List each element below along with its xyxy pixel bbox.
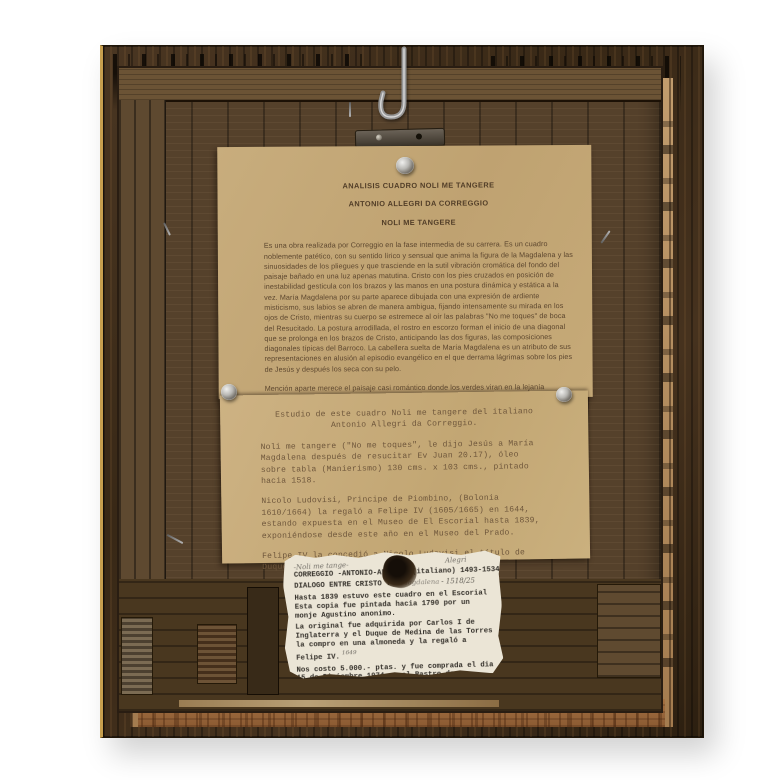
study-paragraph-2: Noli me tangere ("No me toques", le dijo… — [260, 438, 549, 488]
label-inventory-tag: -Noli me tange- Alegri CORREGGIO -ANTONI… — [282, 549, 503, 679]
tag-paragraph-2-handwriting: 1649 — [342, 650, 357, 656]
analysis-paragraph-1: Es una obra realizada por Correggio en l… — [264, 239, 575, 375]
study-paragraph-3: Nicolo Ludovisi, Principe de Piombino, (… — [261, 492, 550, 542]
wood-block-corrugated-brown — [197, 624, 237, 684]
tag-paragraph-1: Hasta 1839 estuvo este cuadro en el Esco… — [294, 589, 494, 621]
nail — [349, 102, 351, 117]
thumbtack-top — [396, 157, 414, 174]
label-study: Estudio de este cuadro Noli me tangere d… — [220, 390, 590, 563]
bottom-trim-strip — [179, 700, 499, 707]
tag-title-typed: DIALOGO ENTRE CRISTO Y — [294, 580, 391, 591]
analysis-title-line3: NOLI ME TANGERE — [264, 218, 574, 227]
analysis-title-line1: ANALISIS CUADRO NOLI ME TANGERE — [263, 181, 573, 190]
bracket-screw — [376, 134, 382, 140]
tag-handwriting-top-right: Alegri — [445, 556, 467, 566]
thumbtack-right — [556, 387, 572, 402]
thumbtack-left — [221, 384, 237, 400]
hanging-hook — [366, 46, 422, 128]
study-paragraph-1: Estudio de este cuadro Noli me tangere d… — [260, 406, 548, 433]
stretcher-bar — [247, 587, 279, 695]
analysis-title-line2: ANTONIO ALLEGRI DA CORREGGIO — [264, 199, 574, 208]
label-analysis: ANALISIS CUADRO NOLI ME TANGERE ANTONIO … — [217, 145, 593, 399]
photo-frame-back: ANALISIS CUADRO NOLI ME TANGERE ANTONIO … — [0, 0, 780, 780]
wood-block-planks-right — [597, 584, 661, 678]
bracket-hole — [416, 133, 422, 139]
tag-title-date-handwriting: - 1518/25 — [441, 577, 475, 586]
tag-paragraph-2-typed: La original fue adquirida por Carlos I d… — [295, 619, 492, 662]
hanging-hook-wire — [366, 46, 422, 128]
tag-paragraph-2: La original fue adquirida por Carlos I d… — [295, 619, 495, 664]
wood-block-corrugated-gray — [121, 617, 153, 695]
